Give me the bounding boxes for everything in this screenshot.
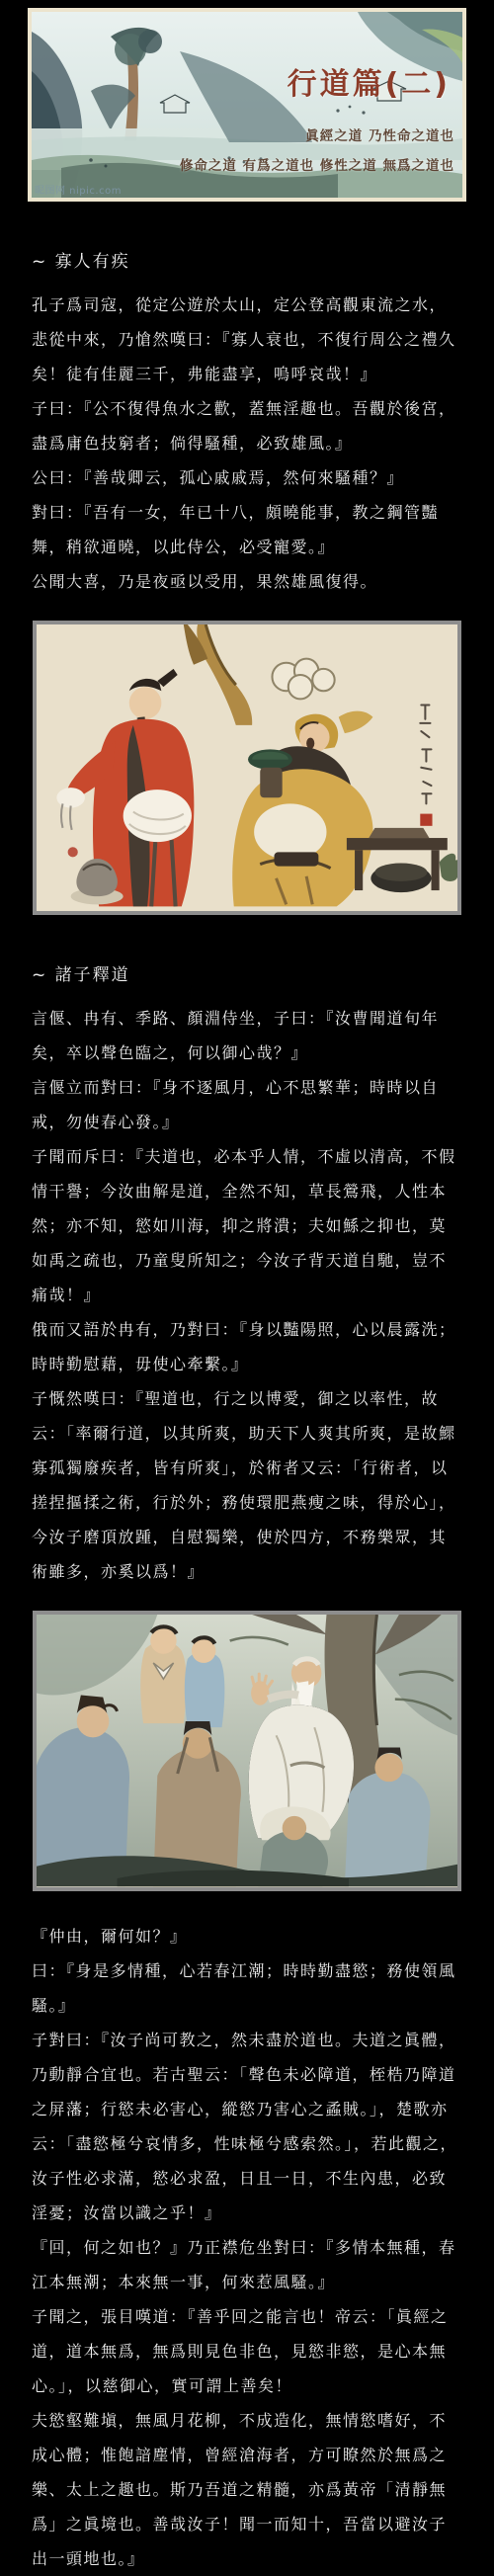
paragraph: 對曰：『吾有一女，年已十八，頗曉能事，教之鋼管豔舞，稍欲通曉，以此侍公，必受寵愛… [32, 495, 462, 564]
paragraph: 子聞之，張目嘆道：『善乎回之能言也！帝云：「眞經之道，道本無爲，無爲則見色非色，… [32, 2299, 462, 2403]
paragraph: 言偃立而對曰：『身不逐風月，心不思繁華；時時以自戒，勿使春心發。』 [32, 1070, 462, 1139]
header-caption-line1: 眞經之道 乃性命之道也 [305, 125, 454, 144]
figure-painting-art [37, 624, 457, 911]
section-guaren-youji: ~ 寡人有疾 孔子爲司寇，從定公遊於太山，定公登高觀東流之水，悲從中來，乃愴然嘆… [0, 245, 494, 599]
paragraph: 公曰：『善哉卿云，孤心戚戚焉，然何來騷種？』 [32, 460, 462, 495]
paragraph: 『回，何之如也？』乃正襟危坐對曰：『多情本無種，春江本無潮；本來無一事，何來惹風… [32, 2230, 462, 2299]
document-page: 行道篇(二) 眞經之道 乃性命之道也 修命之道 有爲之道也 修性之道 無爲之道也… [0, 0, 494, 2576]
paragraph: 『仲由，爾何如？』 [32, 1919, 462, 1953]
paragraph: 子聞而斥曰：『夫道也，必本乎人情，不虛以清高，不假情干譽；今汝曲解是道，全然不知… [32, 1139, 462, 1312]
paragraph: 言偃、冉有、季路、顏淵侍坐，子曰：『汝曹聞道旬年矣，卒以聲色臨之，何以御心哉？』 [32, 1001, 462, 1070]
painting-sage-teaching [33, 1611, 461, 1890]
section1-heading: ~ 寡人有疾 [32, 245, 462, 280]
header-caption-line2: 修命之道 有爲之道也 修性之道 無爲之道也 [180, 154, 454, 174]
painting-duke-and-scholar [33, 621, 461, 915]
header-painting: 行道篇(二) 眞經之道 乃性命之道也 修命之道 有爲之道也 修性之道 無爲之道也… [28, 8, 466, 202]
section-zhuzi-shidao: ~ 諸子釋道 言偃、冉有、季路、顏淵侍坐，子曰：『汝曹聞道旬年矣，卒以聲色臨之，… [0, 958, 494, 1589]
watermark-text: 昵图网 nipic.com [35, 182, 122, 197]
paragraph: 曰：『身是多情種，心若春江潮；時時勤盡慾；務使領風騷。』 [32, 1953, 462, 2023]
section-dialogue-final: 『仲由，爾何如？』 曰：『身是多情種，心若春江潮；時時勤盡慾；務使領風騷。』 子… [0, 1913, 494, 2576]
sage-painting-art [37, 1615, 457, 1886]
paragraph: 孔子爲司寇，從定公遊於太山，定公登高觀東流之水，悲從中來，乃愴然嘆曰：『寡人衰也… [32, 288, 462, 391]
paragraph: 俄而又語於冉有，乃對曰：『身以豔陽照，心以晨露洗；時時勤慰藉，毋使心牽繫。』 [32, 1312, 462, 1381]
paragraph: 夫慾壑難塡，無風月花柳，不成造化，無情慾嗜好，不成心體；惟飽諳塵情，曾經滄海者，… [32, 2403, 462, 2576]
paragraph: 子曰：『公不復得魚水之歡，蓋無淫趣也。吾觀於後宮，盡爲庸色技窮者；倘得騷種，必致… [32, 391, 462, 460]
paragraph: 子慨然嘆曰：『聖道也，行之以博愛，御之以率性，故云：「率爾行道，以其所爽，助天下… [32, 1381, 462, 1589]
paragraph: 公聞大喜，乃是夜亟以受用，果然雄風復得。 [32, 564, 462, 599]
paragraph: 子對曰：『汝子尚可教之，然未盡於道也。夫道之眞體，乃動靜合宜也。若古聖云：「聲色… [32, 2023, 462, 2230]
section2-heading: ~ 諸子釋道 [32, 958, 462, 993]
header-title: 行道篇(二) [288, 59, 451, 103]
